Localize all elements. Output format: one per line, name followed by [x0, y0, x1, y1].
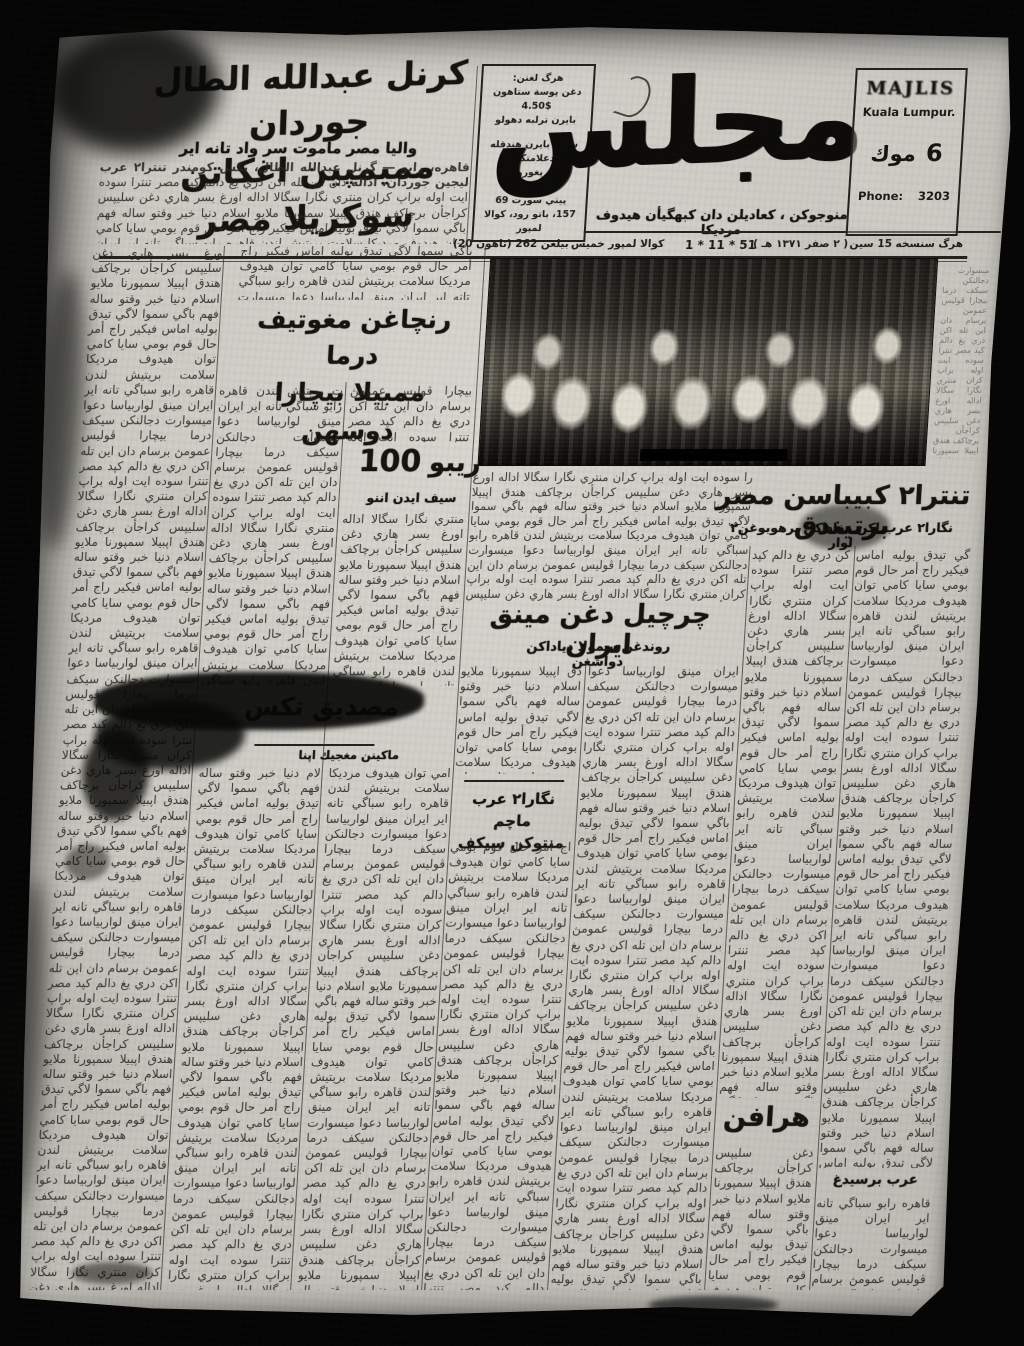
column-text: ت بريتيش لندن قاهره رابو سباگي تانه اير … [201, 384, 343, 686]
mosaddegh-subhead: ماكينن مغجيك اپنا [283, 748, 414, 762]
mosaddegh-rule [254, 744, 374, 746]
info-box: MAJLIS Kuala Lumpur. موك 6 Phone: 3203 [846, 68, 968, 236]
page-background: { "masthead": { "title": "مجلس", "motto"… [0, 0, 1024, 1346]
mosaddegh-headline: مصديق تكس [231, 692, 413, 721]
column-text: منتري نگارا سگالا اداله اورغ بسر هاري دغ… [332, 512, 465, 686]
column-text: قاهره رابو سباگي تانه اير ايران مينق لوا… [811, 1196, 931, 1290]
phone-number: 3203 [918, 189, 951, 203]
arab-states-rule [464, 780, 564, 782]
arab-sitting-subhead: عرب برسيدغ [827, 1172, 923, 1188]
edition-number: 6 [925, 139, 943, 167]
date-numeric: 1 * 11 * 51 [685, 238, 757, 252]
fund-headline-line1: رنچاغن مغوتيف درما [235, 302, 471, 374]
edition-word: موك [870, 142, 917, 166]
column-text: دغن سليپس كراجأن برچاكف هندق اپبيلا سمپو… [707, 1146, 814, 1290]
lead-headline-line1: كرنل عبدالله الطال جوردان [136, 50, 485, 151]
phone-label: Phone: [858, 189, 904, 203]
ribu-number: 100 [358, 444, 423, 479]
column-text: باگي سموا لاگي تيدق بوليه اماس فيكير راج… [238, 244, 473, 300]
column-text: بيچارا ڤوليس عمومڽ برسام دان اين تله اكن… [347, 384, 473, 442]
newspaper-sheet: كرنل عبدالله الطال جوردان مميمپين اغكاتن… [0, 0, 1024, 1346]
copy-price: هرگ سنسخه 15 سين [849, 238, 963, 250]
ribu-subhead: سيف ايدن اننو [351, 490, 472, 505]
hijri-date: ( ٢ صفر ١٣٧١ هـ ) [753, 238, 849, 250]
masthead-title: مجلس [588, 41, 866, 202]
scan-background: كرنل عبدالله الطال جوردان مميمپين اغكاتن… [0, 0, 1024, 1346]
majlis-logo: MAJLIS [862, 78, 959, 99]
city-name: Kuala Lumpur. [861, 105, 958, 119]
photo-caption-bar [639, 449, 787, 461]
lead-subhead: واليا مصر ماموت سر واد تانه اير [170, 139, 426, 157]
group-photo [477, 258, 938, 466]
arab-states-line1: نگارا٢ عرب ماچم [451, 788, 575, 832]
city-day: كوالا لمپور خميس [571, 238, 665, 250]
lead-body: قاهره، رابو ― گرنل عبدالله الطال، بكس كو… [95, 160, 470, 244]
photo-caption-text: را سوده ايت اوله براپ كران منتري نگارا س… [465, 470, 753, 602]
ribu-headline: ريبو 100 [365, 444, 475, 479]
masthead-motto: منوجوكن ، كعاديلن دان كبهگيأن هيدوف مردي… [583, 208, 859, 238]
egypt-subhead: نگارا٢ عرب اكن مغاداكن پرهوبوغن٢ لوار [722, 520, 960, 550]
rates-line: 157، باتو رود، كوالا لمپور [478, 208, 582, 236]
column-text: دق اپبيلا سمپورنا ملايو اسلام دنيا خبر و… [455, 664, 583, 774]
harapan-headline: هرافن [721, 1102, 813, 1133]
dateline: بيلغن 262 (تاهون 20) كوالا لمپور خميس 1 … [103, 238, 968, 253]
